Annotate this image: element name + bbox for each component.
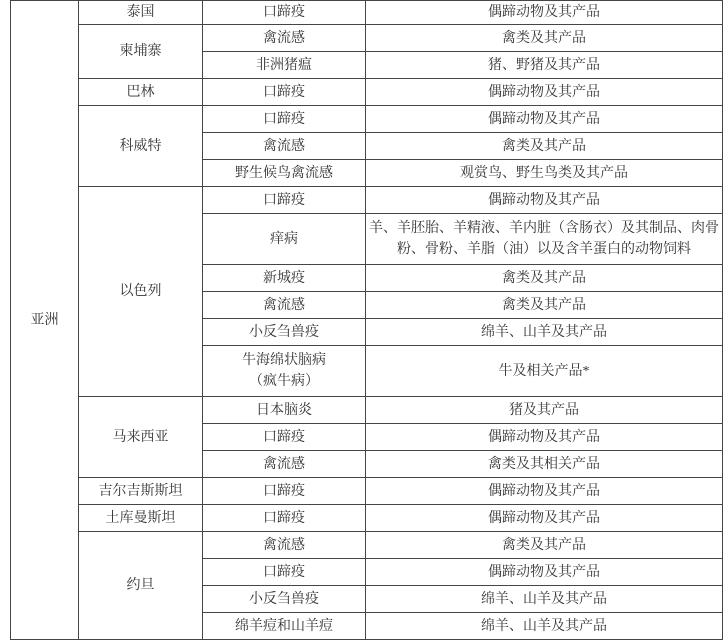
disease-cell: 禽流感	[203, 25, 366, 52]
country-cell: 巴林	[79, 79, 203, 106]
country-cell: 以色列	[79, 187, 203, 397]
products-cell: 偶蹄动物及其产品	[366, 187, 723, 214]
disease-cell: 日本脑炎	[203, 397, 366, 424]
disease-cell: 口蹄疫	[203, 187, 366, 214]
country-cell: 土库曼斯坦	[79, 505, 203, 532]
disease-cell: 禽流感	[203, 451, 366, 478]
products-cell: 偶蹄动物及其产品	[366, 1, 723, 25]
products-cell: 牛及相关产品*	[366, 346, 723, 397]
products-cell: 禽类及其产品	[366, 265, 723, 292]
products-cell: 羊、羊胚胎、羊精液、羊内脏（含肠衣）及其制品、肉骨粉、骨粉、羊脂（油）以及含羊蛋…	[366, 214, 723, 265]
products-cell: 偶蹄动物及其产品	[366, 106, 723, 133]
disease-cell: 新城疫	[203, 265, 366, 292]
region-cell: 亚洲	[11, 1, 79, 640]
products-cell: 禽类及其产品	[366, 292, 723, 319]
table-row: 巴林 口蹄疫 偶蹄动物及其产品	[11, 79, 723, 106]
disease-cell: 牛海绵状脑病 （疯牛病）	[203, 346, 366, 397]
disease-cell: 口蹄疫	[203, 106, 366, 133]
products-cell: 猪、野猪及其产品	[366, 52, 723, 79]
disease-cell: 野生候鸟禽流感	[203, 160, 366, 187]
disease-cell: 口蹄疫	[203, 1, 366, 25]
disease-cell: 小反刍兽疫	[203, 586, 366, 613]
products-cell: 偶蹄动物及其产品	[366, 559, 723, 586]
products-cell: 禽类及其产品	[366, 133, 723, 160]
products-cell: 绵羊、山羊及其产品	[366, 319, 723, 346]
table-row: 以色列 口蹄疫 偶蹄动物及其产品	[11, 187, 723, 214]
disease-cell: 绵羊痘和山羊痘	[203, 613, 366, 640]
table-row: 科威特 口蹄疫 偶蹄动物及其产品	[11, 106, 723, 133]
country-cell: 约旦	[79, 532, 203, 640]
country-cell: 吉尔吉斯斯坦	[79, 478, 203, 505]
disease-cell: 非洲猪瘟	[203, 52, 366, 79]
products-cell: 观赏鸟、野生鸟类及其产品	[366, 160, 723, 187]
products-cell: 禽类及其产品	[366, 532, 723, 559]
disease-cell: 口蹄疫	[203, 478, 366, 505]
products-cell: 禽类及其产品	[366, 25, 723, 52]
table-row: 马来西亚 日本脑炎 猪及其产品	[11, 397, 723, 424]
products-cell: 禽类及其相关产品	[366, 451, 723, 478]
products-cell: 绵羊、山羊及其产品	[366, 613, 723, 640]
country-cell: 柬埔寨	[79, 25, 203, 79]
table-row: 亚洲 泰国 口蹄疫 偶蹄动物及其产品	[11, 1, 723, 25]
table-row: 土库曼斯坦 口蹄疫 偶蹄动物及其产品	[11, 505, 723, 532]
disease-cell: 痒病	[203, 214, 366, 265]
products-cell: 猪及其产品	[366, 397, 723, 424]
products-cell: 偶蹄动物及其产品	[366, 505, 723, 532]
table-row: 约旦 禽流感 禽类及其产品	[11, 532, 723, 559]
country-cell: 马来西亚	[79, 397, 203, 478]
table-row: 吉尔吉斯斯坦 口蹄疫 偶蹄动物及其产品	[11, 478, 723, 505]
products-cell: 偶蹄动物及其产品	[366, 79, 723, 106]
products-cell: 绵羊、山羊及其产品	[366, 586, 723, 613]
disease-cell: 禽流感	[203, 292, 366, 319]
document-page: 亚洲 泰国 口蹄疫 偶蹄动物及其产品 柬埔寨 禽流感 禽类及其产品 非洲猪瘟 猪…	[0, 0, 727, 643]
disease-cell: 口蹄疫	[203, 79, 366, 106]
country-cell: 科威特	[79, 106, 203, 187]
disease-cell: 口蹄疫	[203, 559, 366, 586]
disease-cell: 禽流感	[203, 532, 366, 559]
disease-cell: 禽流感	[203, 133, 366, 160]
disease-cell: 小反刍兽疫	[203, 319, 366, 346]
disease-cell: 口蹄疫	[203, 505, 366, 532]
quarantine-table: 亚洲 泰国 口蹄疫 偶蹄动物及其产品 柬埔寨 禽流感 禽类及其产品 非洲猪瘟 猪…	[10, 0, 723, 640]
products-cell: 偶蹄动物及其产品	[366, 424, 723, 451]
country-cell: 泰国	[79, 1, 203, 25]
table-row: 柬埔寨 禽流感 禽类及其产品	[11, 25, 723, 52]
disease-cell: 口蹄疫	[203, 424, 366, 451]
products-cell: 偶蹄动物及其产品	[366, 478, 723, 505]
